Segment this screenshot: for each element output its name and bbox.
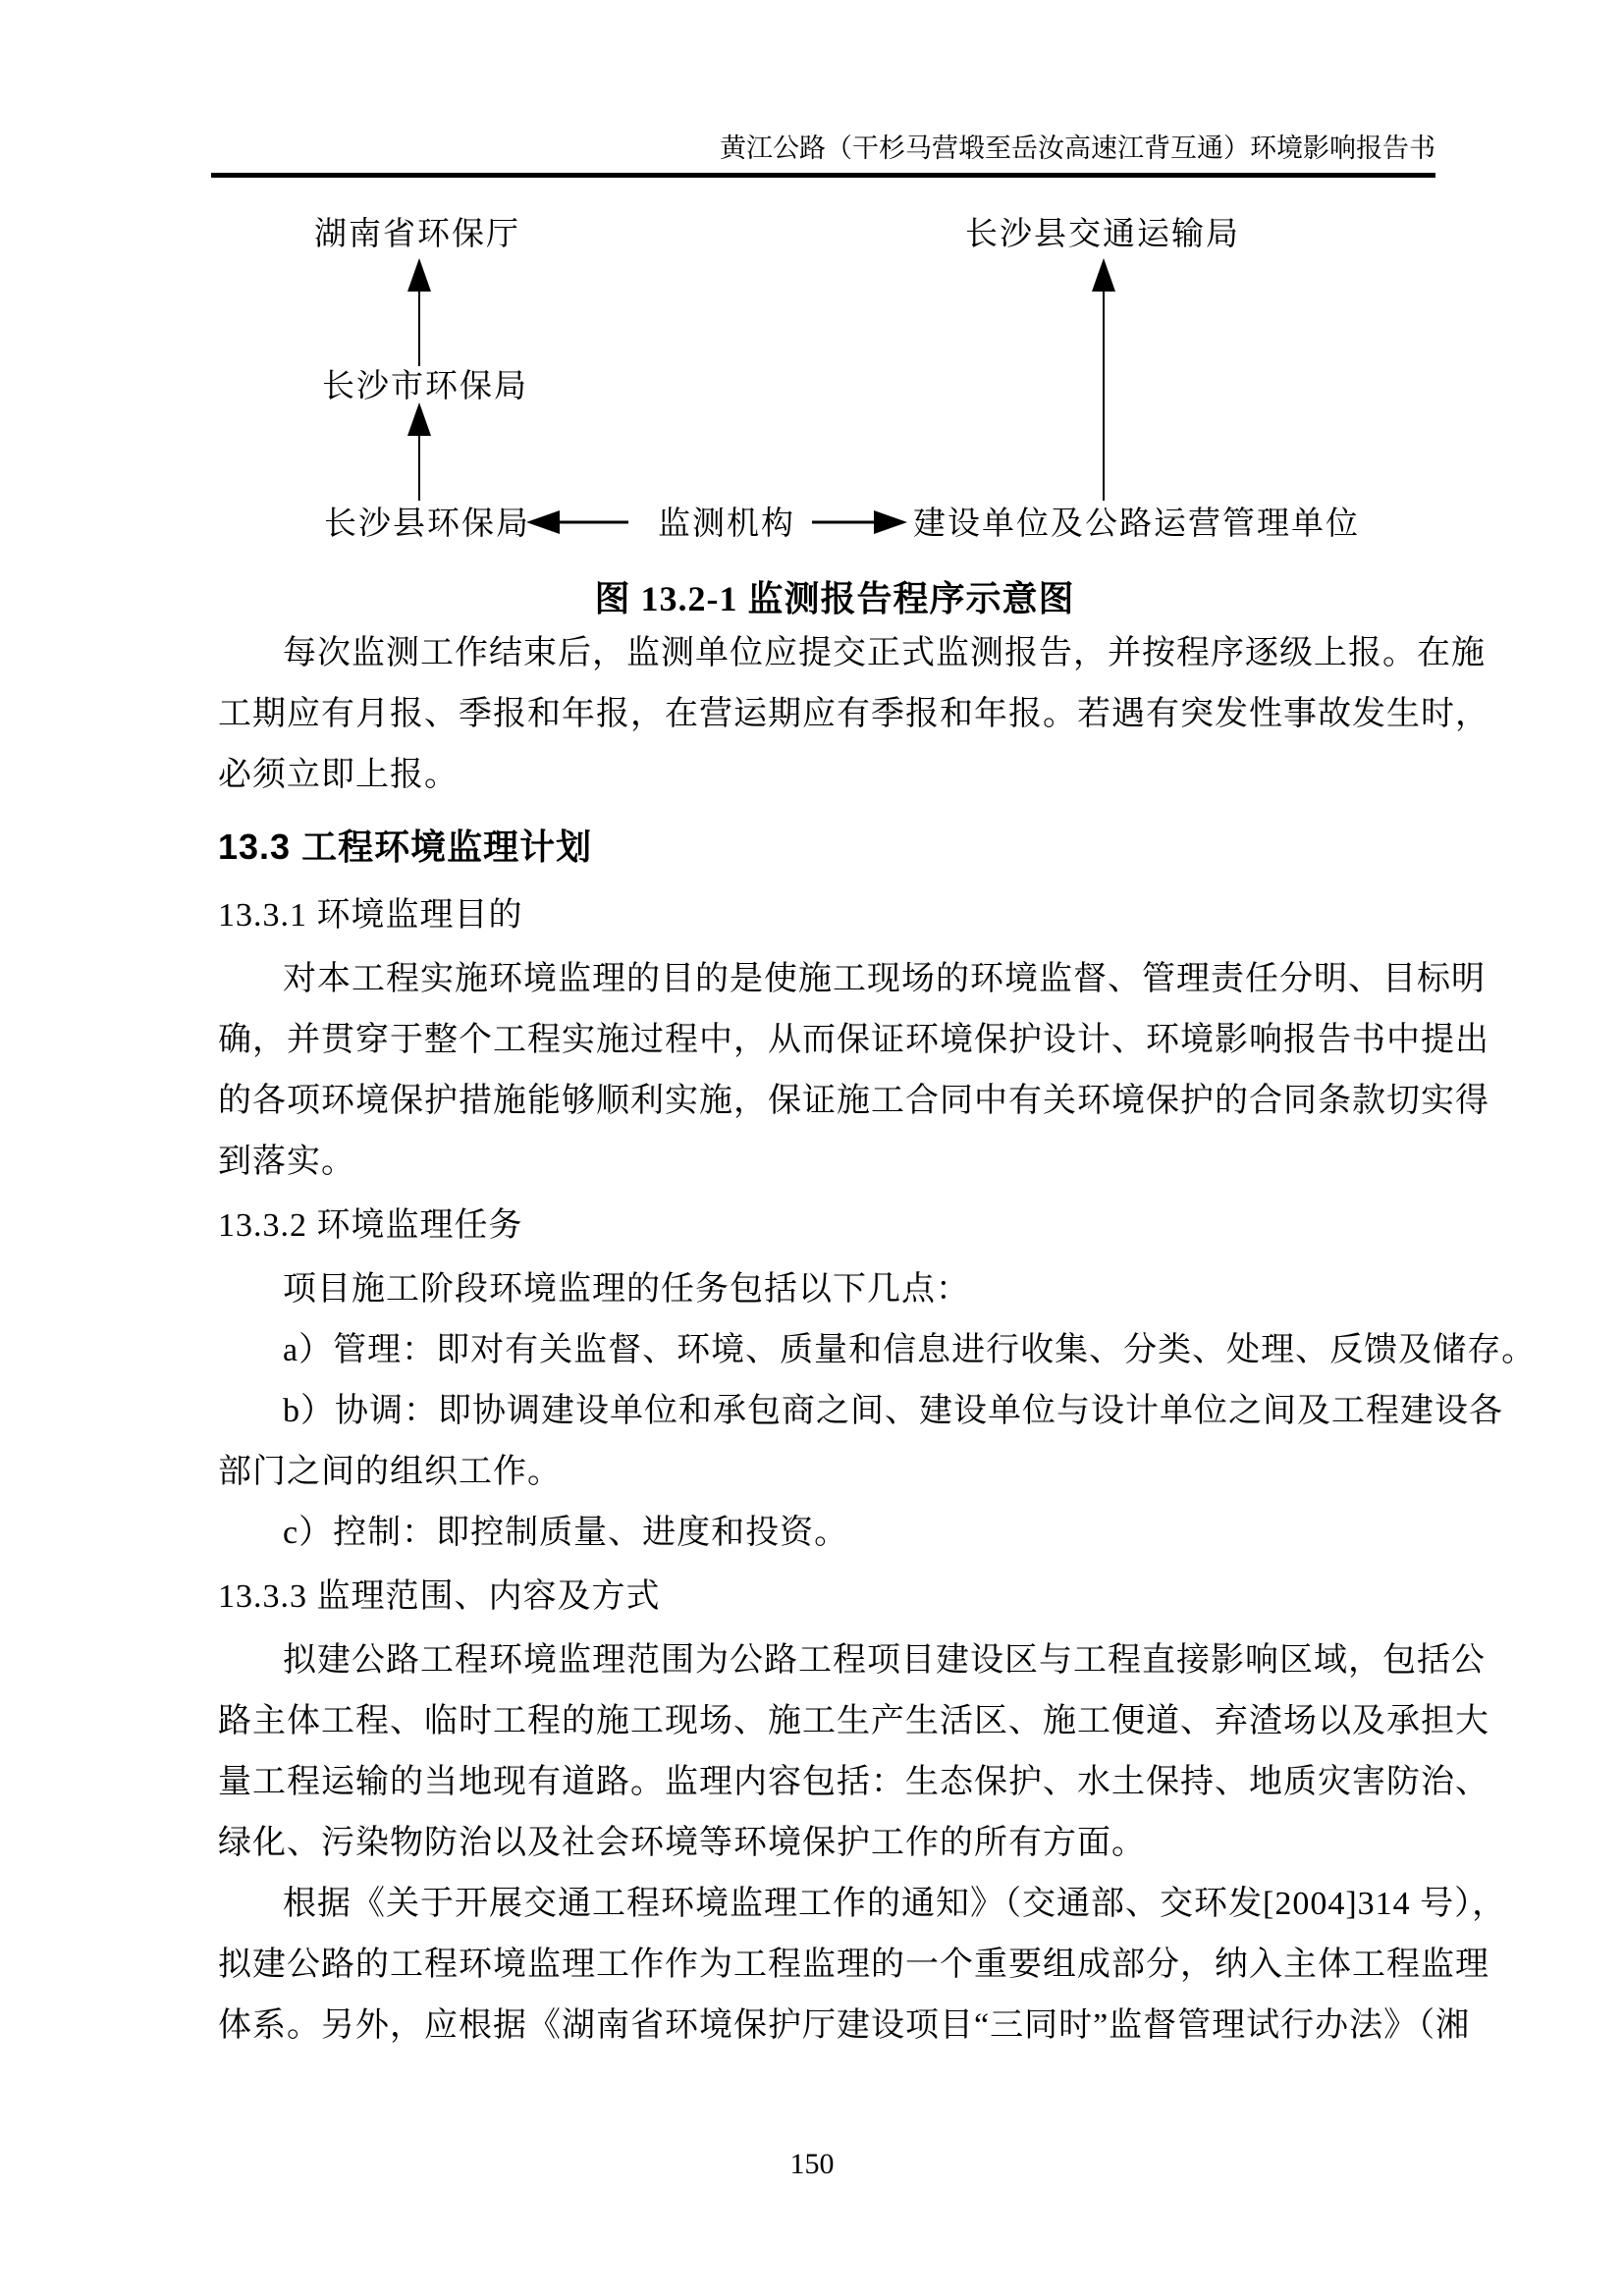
section-heading: 13.3.2 环境监理任务 [218,1193,1438,1259]
diagram-node-monitoring-org: 监测机构 [658,506,795,543]
diagram-node-county-epb: 长沙县环保局 [324,506,530,543]
arrow-up-county-to-city-icon [407,402,431,501]
diagram-node-hunan-epa: 湖南省环保厅 [314,216,520,253]
paragraph-line: a）管理：即对有关监督、环境、质量和信息进行收集、分类、处理、反馈及储存。 [218,1320,1438,1381]
paragraph-line: 每次监测工作结束后，监测单位应提交正式监测报告，并按程序逐级上报。在施 [218,623,1438,684]
paragraph-line: 体系。另外，应根据《湖南省环境保护厅建设项目“三同时”监督管理试行办法》（湘 [218,1996,1438,2056]
paragraph-line: 量工程运输的当地现有道路。监理内容包括：生态保护、水土保持、地质灾害防治、 [218,1752,1438,1813]
diagram-arrows [0,187,1624,618]
paragraph-line: 的各项环境保护措施能够顺利实施，保证施工合同中有关环境保护的合同条款切实得 [218,1071,1438,1132]
diagram-node-construction-unit: 建设单位及公路运营管理单位 [913,506,1360,543]
arrow-right-monitor-to-construction-icon [812,510,907,534]
document-page: 黄江公路（干杉马营塅至岳汝高速江背互通）环境影响报告书 [0,0,1624,2296]
section-heading: 13.3 工程环境监理计划 [218,812,1438,882]
paragraph-line: 工期应有月报、季报和年报，在营运期应有季报和年报。若遇有突发性事故发生时， [218,684,1438,745]
paragraph-line: 到落实。 [218,1132,1438,1193]
diagram-node-city-epb: 长沙市环保局 [322,368,528,405]
monitoring-report-diagram: 湖南省环保厅 长沙县交通运输局 长沙市环保局 长沙县环保局 监测机构 建设单位及… [0,187,1624,618]
paragraph-line: 拟建公路工程环境监理范围为公路工程项目建设区与工程直接影响区域，包括公 [218,1630,1438,1691]
paragraph-line: b）协调：即协调建设单位和承包商之间、建设单位与设计单位之间及工程建设各 [218,1381,1438,1442]
paragraph-line: 必须立即上报。 [218,745,1438,806]
page-header: 黄江公路（干杉马营塅至岳汝高速江背互通）环境影响报告书 [211,132,1435,165]
arrow-left-monitor-to-county-icon [526,510,628,534]
paragraph-line: 拟建公路的工程环境监理工作作为工程监理的一个重要组成部分，纳入主体工程监理 [218,1935,1438,1996]
header-rule [211,173,1435,178]
paragraph-line: c）控制：即控制质量、进度和投资。 [218,1503,1438,1564]
section-heading: 13.3.1 环境监理目的 [218,882,1438,949]
diagram-node-county-transport: 长沙县交通运输局 [965,216,1240,253]
paragraph-line: 确，并贯穿于整个工程实施过程中，从而保证环境保护设计、环境影响报告书中提出 [218,1010,1438,1071]
paragraph-line: 根据《关于开展交通工程环境监理工作的通知》（交通部、交环发[2004]314 号… [218,1874,1438,1935]
paragraph-line: 对本工程实施环境监理的目的是使施工现场的环境监督、管理责任分明、目标明 [218,949,1438,1010]
paragraph-line: 路主体工程、临时工程的施工现场、施工生产生活区、施工便道、弃渣场以及承担大 [218,1691,1438,1752]
figure-caption: 图 13.2-1 监测报告程序示意图 [0,571,1624,621]
section-heading: 13.3.3 监理范围、内容及方式 [218,1564,1438,1630]
paragraph-line: 项目施工阶段环境监理的任务包括以下几点： [218,1259,1438,1320]
arrow-up-city-to-province-icon [407,258,431,366]
body-text: 每次监测工作结束后，监测单位应提交正式监测报告，并按程序逐级上报。在施工期应有月… [218,623,1438,2056]
arrow-up-construction-to-transport-icon [1092,258,1115,501]
paragraph-line: 绿化、污染物防治以及社会环境等环境保护工作的所有方面。 [218,1813,1438,1874]
page-number: 150 [0,2148,1624,2181]
paragraph-line: 部门之间的组织工作。 [218,1442,1438,1503]
